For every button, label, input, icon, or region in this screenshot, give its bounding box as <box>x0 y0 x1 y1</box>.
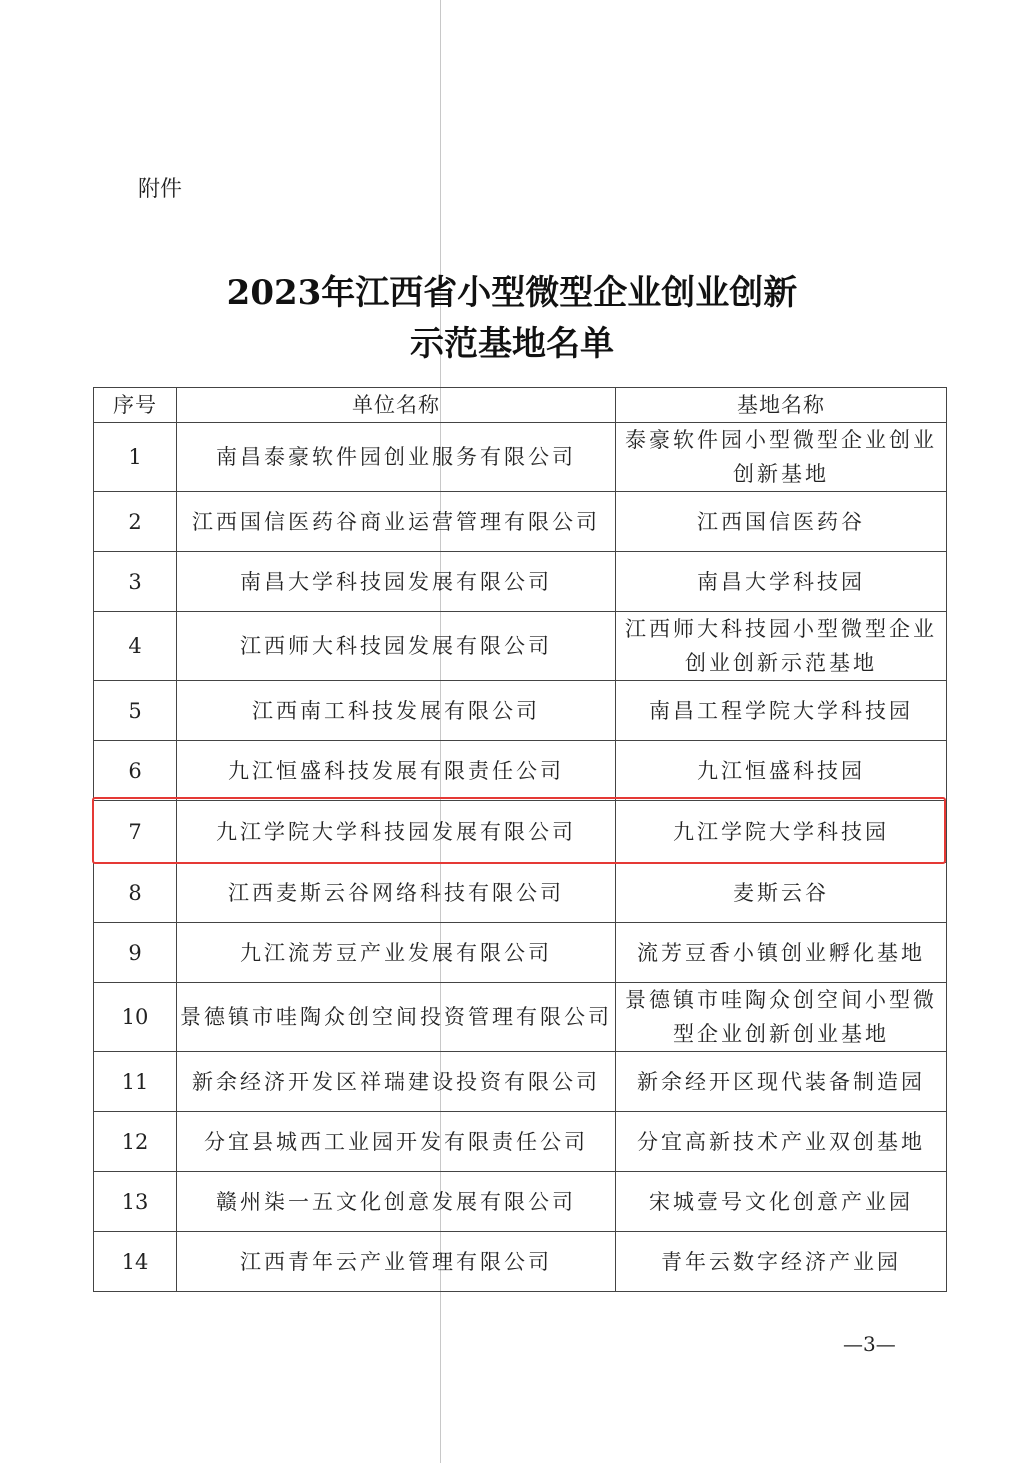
row-number: 2 <box>94 492 177 552</box>
base-name: 江西师大科技园小型微型企业创业创新示范基地 <box>616 612 947 681</box>
table-row: 10景德镇市哇陶众创空间投资管理有限公司景德镇市哇陶众创空间小型微型企业创新创业… <box>94 983 947 1052</box>
base-name: 景德镇市哇陶众创空间小型微型企业创新创业基地 <box>616 983 947 1052</box>
base-name: 泰豪软件园小型微型企业创业创新基地 <box>616 423 947 492</box>
table-row: 13赣州柒一五文化创意发展有限公司宋城壹号文化创意产业园 <box>94 1172 947 1232</box>
row-number: 8 <box>94 863 177 923</box>
table-row: 9九江流芳豆产业发展有限公司流芳豆香小镇创业孵化基地 <box>94 923 947 983</box>
table-row: 8江西麦斯云谷网络科技有限公司麦斯云谷 <box>94 863 947 923</box>
table-row: 5江西南工科技发展有限公司南昌工程学院大学科技园 <box>94 681 947 741</box>
base-name: 南昌工程学院大学科技园 <box>616 681 947 741</box>
unit-name: 景德镇市哇陶众创空间投资管理有限公司 <box>177 983 616 1052</box>
unit-name: 江西南工科技发展有限公司 <box>177 681 616 741</box>
header-no: 序号 <box>94 388 177 423</box>
unit-name: 南昌泰豪软件园创业服务有限公司 <box>177 423 616 492</box>
row-number: 13 <box>94 1172 177 1232</box>
base-name: 青年云数字经济产业园 <box>616 1232 947 1292</box>
row-number: 11 <box>94 1052 177 1112</box>
unit-name: 江西国信医药谷商业运营管理有限公司 <box>177 492 616 552</box>
table-row: 11新余经济开发区祥瑞建设投资有限公司新余经开区现代装备制造园 <box>94 1052 947 1112</box>
row-number: 1 <box>94 423 177 492</box>
header-unit: 单位名称 <box>177 388 616 423</box>
table-row: 12分宜县城西工业园开发有限责任公司分宜高新技术产业双创基地 <box>94 1112 947 1172</box>
base-name: 南昌大学科技园 <box>616 552 947 612</box>
unit-name: 新余经济开发区祥瑞建设投资有限公司 <box>177 1052 616 1112</box>
highlight-box <box>92 797 946 864</box>
table-header-row: 序号 单位名称 基地名称 <box>94 388 947 423</box>
base-name: 江西国信医药谷 <box>616 492 947 552</box>
table-row: 14江西青年云产业管理有限公司青年云数字经济产业园 <box>94 1232 947 1292</box>
unit-name: 江西麦斯云谷网络科技有限公司 <box>177 863 616 923</box>
row-number: 12 <box>94 1112 177 1172</box>
row-number: 5 <box>94 681 177 741</box>
unit-name: 江西青年云产业管理有限公司 <box>177 1232 616 1292</box>
row-number: 9 <box>94 923 177 983</box>
base-name: 分宜高新技术产业双创基地 <box>616 1112 947 1172</box>
base-name: 新余经开区现代装备制造园 <box>616 1052 947 1112</box>
table-row: 3南昌大学科技园发展有限公司南昌大学科技园 <box>94 552 947 612</box>
document-title-line2: 示范基地名单 <box>0 316 1024 365</box>
table-row: 6九江恒盛科技发展有限责任公司九江恒盛科技园 <box>94 741 947 801</box>
row-number: 14 <box>94 1232 177 1292</box>
unit-name: 赣州柒一五文化创意发展有限公司 <box>177 1172 616 1232</box>
row-number: 3 <box>94 552 177 612</box>
unit-name: 分宜县城西工业园开发有限责任公司 <box>177 1112 616 1172</box>
base-name: 麦斯云谷 <box>616 863 947 923</box>
base-name: 宋城壹号文化创意产业园 <box>616 1172 947 1232</box>
base-name: 九江恒盛科技园 <box>616 741 947 801</box>
page-number: —3— <box>843 1332 896 1356</box>
header-base: 基地名称 <box>616 388 947 423</box>
row-number: 6 <box>94 741 177 801</box>
row-number: 4 <box>94 612 177 681</box>
unit-name: 九江流芳豆产业发展有限公司 <box>177 923 616 983</box>
document-title-line1: 2023年江西省小型微型企业创业创新 <box>0 265 1024 314</box>
unit-name: 江西师大科技园发展有限公司 <box>177 612 616 681</box>
unit-name: 九江恒盛科技发展有限责任公司 <box>177 741 616 801</box>
unit-name: 南昌大学科技园发展有限公司 <box>177 552 616 612</box>
table-row: 4江西师大科技园发展有限公司江西师大科技园小型微型企业创业创新示范基地 <box>94 612 947 681</box>
table-row: 1南昌泰豪软件园创业服务有限公司泰豪软件园小型微型企业创业创新基地 <box>94 423 947 492</box>
base-name: 流芳豆香小镇创业孵化基地 <box>616 923 947 983</box>
table-row: 2江西国信医药谷商业运营管理有限公司江西国信医药谷 <box>94 492 947 552</box>
row-number: 10 <box>94 983 177 1052</box>
attachment-label: 附件 <box>138 172 182 203</box>
